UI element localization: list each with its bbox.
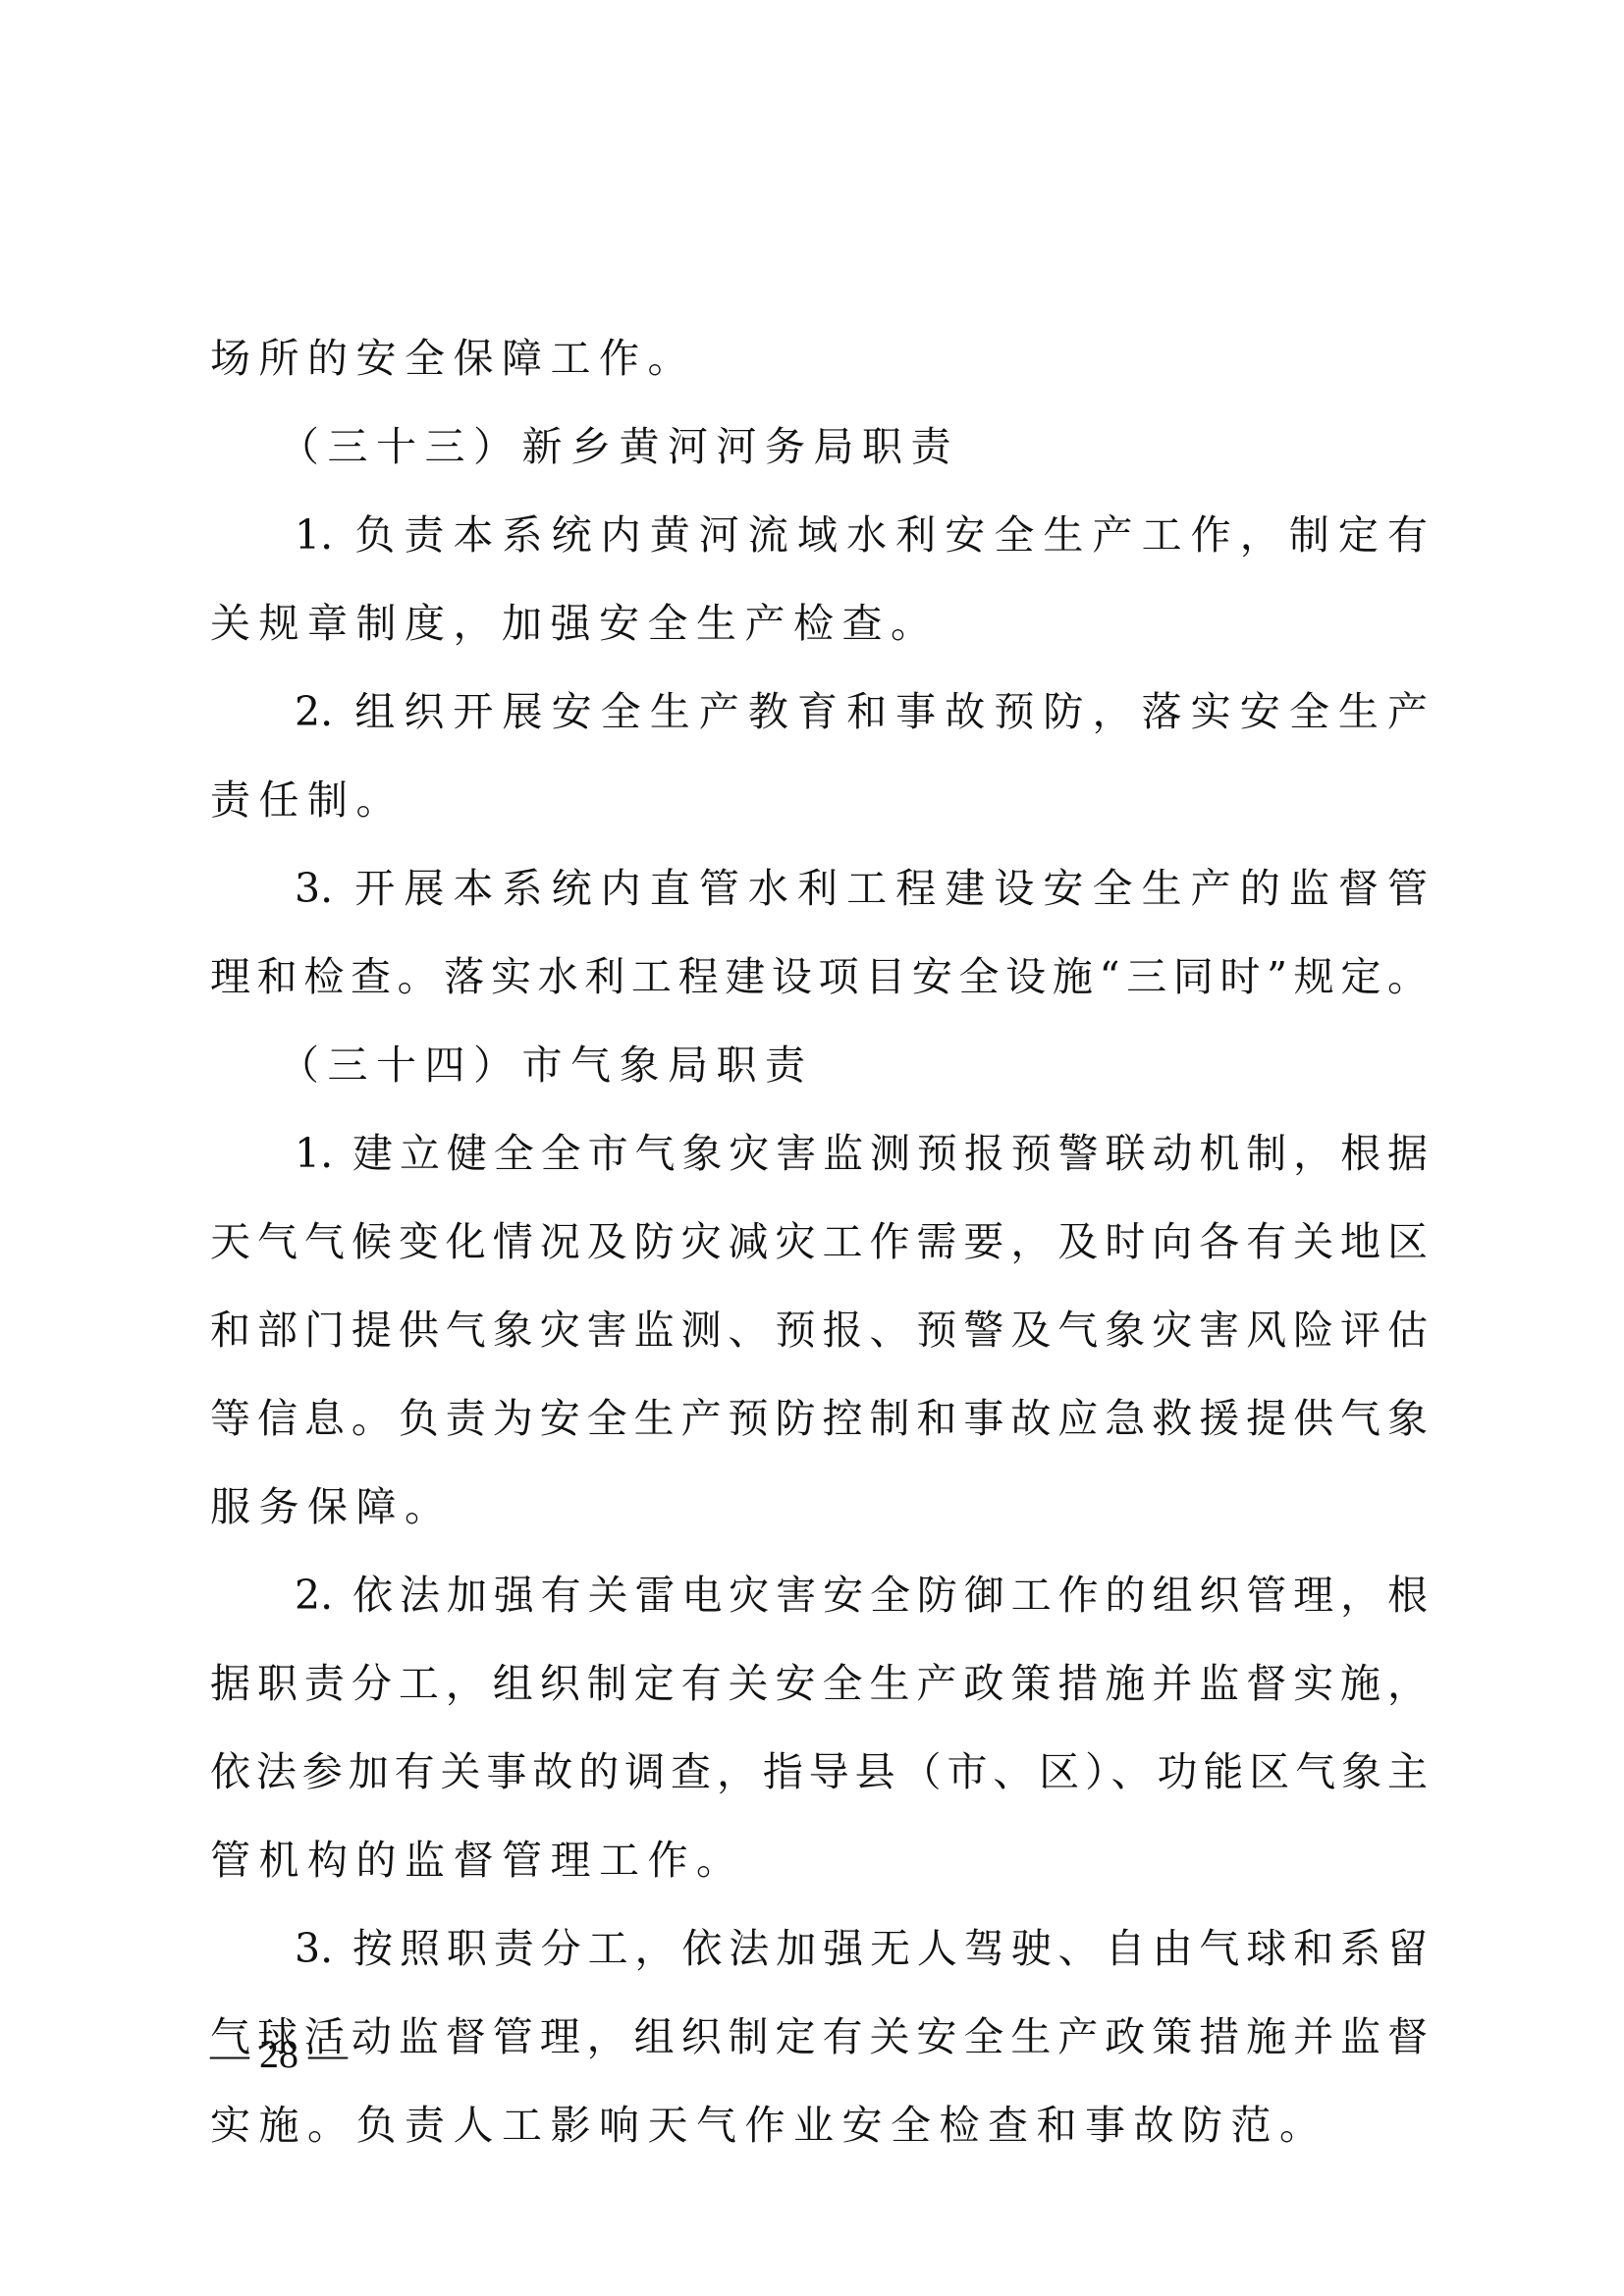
paragraph-line: 管机构的监督管理工作。 — [210, 1816, 1428, 1904]
paragraph-line: 2. 依法加强有关雷电灾害安全防御工作的组织管理，根 — [210, 1551, 1428, 1639]
paragraph-line: 服务保障。 — [210, 1463, 1428, 1551]
paragraph-line: 1. 建立健全全市气象灾害监测预报预警联动机制，根据 — [210, 1109, 1428, 1198]
paragraph-line: 理和检查。落实水利工程建设项目安全设施“三同时”规定。 — [210, 933, 1428, 1021]
paragraph-line: 气球活动监督管理，组织制定有关安全生产政策措施并监督 — [210, 1993, 1428, 2081]
paragraph-line: 据职责分工，组织制定有关安全生产政策措施并监督实施， — [210, 1639, 1428, 1728]
page-number: — 28 — — [210, 2030, 348, 2079]
paragraph-line: 天气气候变化情况及防灾减灾工作需要，及时向各有关地区 — [210, 1198, 1428, 1286]
paragraph-line: 实施。负责人工影响天气作业安全检查和事故防范。 — [210, 2081, 1428, 2169]
paragraph-line: 3. 开展本系统内直管水利工程建设安全生产的监督管 — [210, 844, 1428, 933]
document-page: 场所的安全保障工作。 （三十三）新乡黄河河务局职责 1. 负责本系统内黄河流域水… — [210, 314, 1428, 2169]
paragraph-line: 3. 按照职责分工，依法加强无人驾驶、自由气球和系留 — [210, 1904, 1428, 1993]
paragraph-line: 2. 组织开展安全生产教育和事故预防，落实安全生产 — [210, 667, 1428, 756]
paragraph-line: 场所的安全保障工作。 — [210, 314, 1428, 402]
section-heading-33: （三十三）新乡黄河河务局职责 — [210, 402, 1428, 491]
section-heading-34: （三十四）市气象局职责 — [210, 1021, 1428, 1109]
paragraph-line: 1. 负责本系统内黄河流域水利安全生产工作，制定有 — [210, 491, 1428, 579]
paragraph-line: 和部门提供气象灾害监测、预报、预警及气象灾害风险评估 — [210, 1286, 1428, 1374]
paragraph-line: 责任制。 — [210, 756, 1428, 844]
paragraph-line: 关规章制度，加强安全生产检查。 — [210, 579, 1428, 667]
paragraph-line: 等信息。负责为安全生产预防控制和事故应急救援提供气象 — [210, 1374, 1428, 1463]
paragraph-line: 依法参加有关事故的调查，指导县（市、区）、功能区气象主 — [210, 1728, 1428, 1816]
